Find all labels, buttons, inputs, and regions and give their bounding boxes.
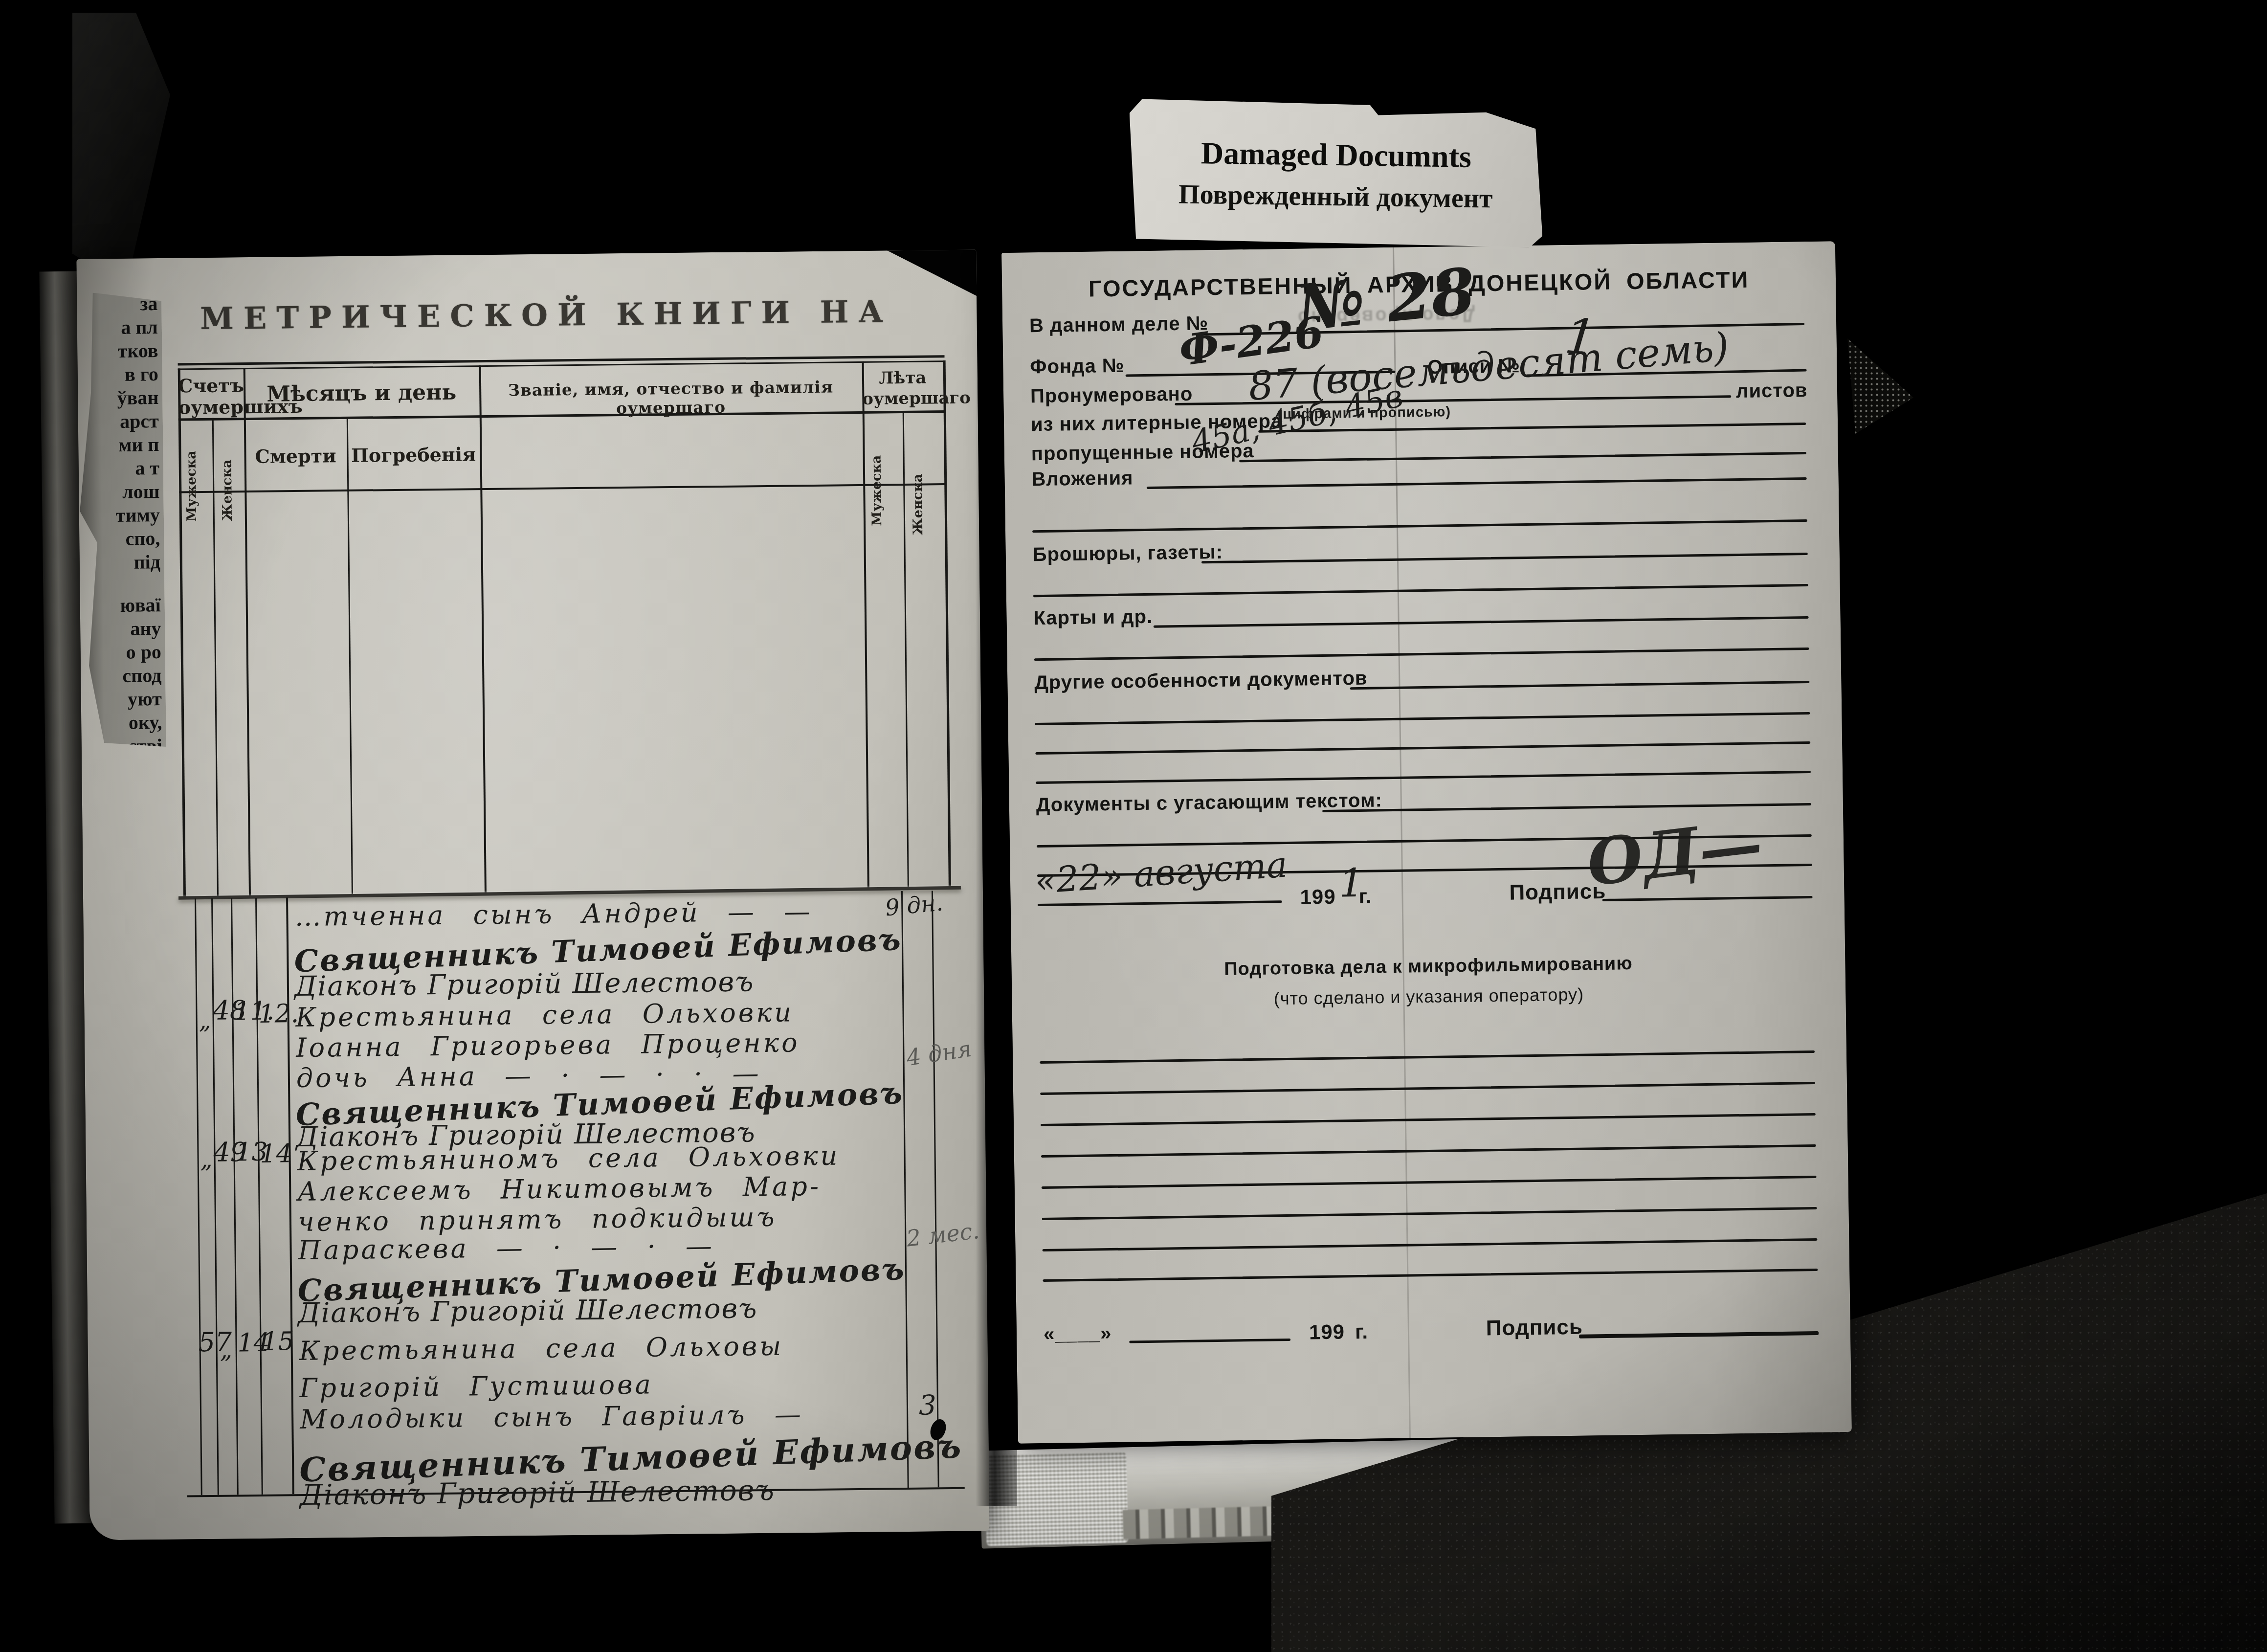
- page-crease: [1393, 247, 1411, 1438]
- clergy-signature-deacon: Діаконъ Григорій Шелестовъ: [294, 966, 755, 1003]
- archive-form-page: ГОСУДАРСТВЕННЫЙ АРХИВ ДОНЕЦКОЙ ОБЛАСТИ Д…: [1001, 241, 1852, 1444]
- bottom-signature-label: Подпись: [1486, 1315, 1583, 1341]
- row49-age: 2 мес.: [905, 1217, 981, 1252]
- row49-burial-day: 14: [260, 1139, 292, 1169]
- signature-line: [1602, 896, 1813, 901]
- data-col-line: [195, 898, 202, 1495]
- missing-label: пропущенные номера: [1031, 440, 1254, 465]
- blank-line: [1042, 1176, 1817, 1189]
- header-burial: Погребенія: [347, 443, 480, 467]
- data-col-line: [901, 891, 909, 1488]
- row57-female-count: „: [220, 1336, 232, 1363]
- row57-text-line: Григорій Густишова: [299, 1369, 653, 1404]
- damaged-documents-label: Damaged Documnts Поврежденный документ: [1128, 99, 1544, 247]
- blank-line: [1041, 1113, 1816, 1126]
- data-col-line: [231, 898, 239, 1495]
- torn-paper-fragment: [1847, 338, 1913, 434]
- bottom-signature-line: [1579, 1331, 1819, 1339]
- header-count-female: Женска: [219, 426, 236, 554]
- numbered-label: Пронумеровано: [1030, 383, 1193, 408]
- brochures-line: [1201, 553, 1808, 563]
- fond-label: Фонда №: [1030, 355, 1125, 379]
- col-divider: [903, 411, 909, 889]
- col-divider: [347, 417, 353, 895]
- book-corner-fold: [72, 13, 170, 287]
- data-col-line: [286, 897, 294, 1494]
- header-name-column: Званіе, имя, отчество и фамилія оумершаг…: [479, 377, 863, 419]
- year-suffix: г.: [1358, 885, 1372, 908]
- torn-corner-notch: [868, 249, 981, 299]
- table-row2-rule: [179, 483, 946, 493]
- blank-line: [1035, 741, 1810, 755]
- entry-partial-text: …тченна сынъ Андрей — —: [294, 896, 813, 932]
- metric-book-page: МЕТРИЧЕСКОЙ КНИГИ НА Счетъ оумершихъ Мѣс…: [76, 249, 989, 1540]
- fading-label: Документы с угасающим текстом:: [1036, 789, 1383, 816]
- row57-age: 3: [919, 1389, 936, 1421]
- numbered-suffix: листов: [1736, 380, 1808, 402]
- blank-line: [1040, 1082, 1815, 1095]
- blank-line: [1036, 771, 1811, 784]
- blank-line: [1033, 584, 1808, 597]
- blank-line: [1035, 712, 1810, 725]
- clergy-signature-deacon: Діаконъ Григорій Шелестовъ: [299, 1473, 775, 1512]
- row48-burial-day: 12.: [258, 999, 299, 1029]
- header-age-female: Женска: [910, 431, 926, 578]
- blank-line: [1040, 1050, 1815, 1064]
- row48-age: 4 дня: [905, 1035, 973, 1071]
- header-age-group: Лѣта оумершаго: [862, 367, 944, 409]
- brochures-label: Брошюры, газеты:: [1032, 541, 1223, 566]
- bottom-date-line: [1129, 1339, 1290, 1343]
- maps-label: Карты и др.: [1033, 606, 1153, 629]
- data-col-line: [255, 898, 263, 1495]
- row49-male-count: „: [200, 1146, 212, 1173]
- torn-page-edge: [178, 886, 961, 900]
- metric-book-title: МЕТРИЧЕСКОЙ КНИГИ НА: [150, 293, 943, 337]
- blank-line: [1034, 647, 1809, 661]
- maps-line: [1154, 616, 1809, 628]
- missing-line: [1239, 452, 1806, 462]
- microfilm-note: (что сделано и указания оператору): [1012, 981, 1845, 1013]
- bottom-year-suffix: г.: [1355, 1320, 1369, 1343]
- entry-partial-age: 9 дн.: [884, 889, 944, 921]
- blank-line: [1043, 1269, 1818, 1282]
- header-count-group: Счетъ оумершихъ: [178, 375, 244, 418]
- date-line: [1038, 900, 1282, 906]
- row57-burial-day: 15: [262, 1327, 294, 1357]
- col-divider: [212, 418, 219, 896]
- bottom-year: 199: [1309, 1320, 1345, 1344]
- blank-line: [1042, 1207, 1817, 1220]
- blank-line: [1043, 1238, 1818, 1251]
- table-border-right: [943, 360, 951, 889]
- row48-male-count: „: [199, 1007, 211, 1034]
- col-divider: [479, 365, 487, 893]
- date-value: «22» августа: [1034, 844, 1289, 902]
- data-col-line: [211, 898, 219, 1495]
- damaged-label-english: Damaged Documnts: [1129, 134, 1544, 176]
- year-printed: 199: [1300, 885, 1336, 909]
- blank-line: [1041, 1144, 1816, 1158]
- blank-line: [1032, 519, 1807, 533]
- row57-text-line: Молодыки сынъ Гавріилъ —: [300, 1399, 803, 1435]
- signature-flourish: ОД—: [1583, 805, 1766, 900]
- header-count-male: Мужеска: [183, 422, 200, 549]
- bottom-quote-marks: «____»: [1044, 1322, 1112, 1345]
- row57-text-line: Крестьянина села Ольховы: [299, 1331, 783, 1366]
- damaged-label-russian: Поврежденный документ: [1128, 178, 1543, 215]
- enclosures-label: Вложения: [1031, 467, 1133, 491]
- archive-book-photo: МЕТРИЧЕСКОЙ КНИГИ НА Счетъ оумершихъ Мѣс…: [0, 0, 2267, 1652]
- clergy-signature-deacon: Діаконъ Григорій Шелестовъ: [298, 1293, 758, 1329]
- other-label: Другие особенности документов: [1034, 668, 1368, 694]
- header-death: Смерти: [244, 445, 347, 468]
- microfilm-title: Подготовка дела к микрофильмированию: [1011, 950, 1845, 983]
- other-line: [1350, 681, 1810, 690]
- enclosures-line: [1147, 477, 1807, 489]
- header-age-male: Мужеска: [868, 417, 885, 563]
- header-date-group: Мѣсяцъ и день: [244, 380, 480, 407]
